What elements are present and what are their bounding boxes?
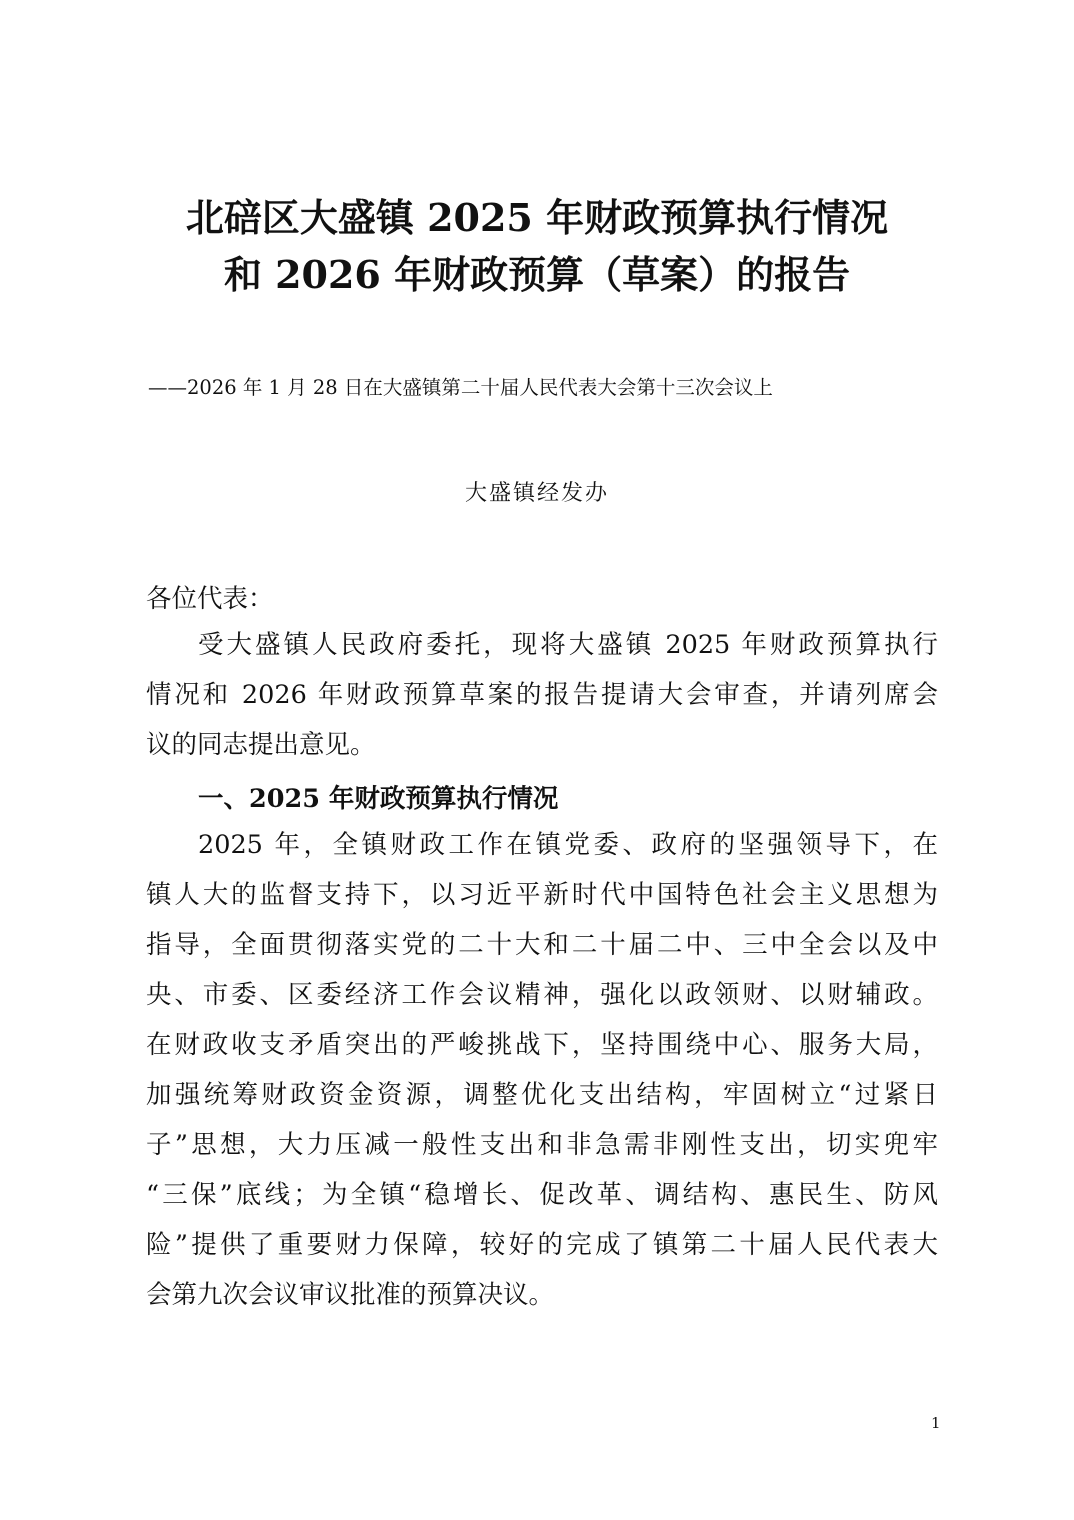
paragraph-line: 加强统筹财政资金资源，调整优化支出结构，牢固树立“过紧日 <box>146 1075 938 1125</box>
salutation: 各位代表： <box>146 577 274 621</box>
issuing-office: 大盛镇经发办 <box>0 477 1074 511</box>
paragraph-line: “三保”底线；为全镇“稳增长、促改革、调结构、惠民生、防风 <box>146 1175 938 1225</box>
document-title-line-1: 北碚区大盛镇 2025 年财政预算执行情况 <box>0 194 1074 242</box>
paragraph-line: 指导，全面贯彻落实党的二十大和二十届二中、三中全会以及中 <box>146 925 938 975</box>
paragraph-line: 会第九次会议审议批准的预算决议。 <box>146 1275 938 1325</box>
paragraph-line: 议的同志提出意见。 <box>146 725 938 775</box>
document-page: 北碚区大盛镇 2025 年财政预算执行情况 和 2026 年财政预算（草案）的报… <box>0 0 1074 1520</box>
paragraph-line: 2025 年，全镇财政工作在镇党委、政府的坚强领导下，在 <box>146 825 938 875</box>
paragraph-line: 情况和 2026 年财政预算草案的报告提请大会审查，并请列席会 <box>146 675 938 725</box>
paragraph-line: 受大盛镇人民政府委托，现将大盛镇 2025 年财政预算执行 <box>146 625 938 675</box>
paragraph-line: 镇人大的监督支持下，以习近平新时代中国特色社会主义思想为 <box>146 875 938 925</box>
page-number: 1 <box>931 1413 941 1433</box>
paragraph-line: 险”提供了重要财力保障，较好的完成了镇第二十届人民代表大 <box>146 1225 938 1275</box>
paragraph-line: 在财政收支矛盾突出的严峻挑战下，坚持围绕中心、服务大局， <box>146 1025 938 1075</box>
paragraph-line: 央、市委、区委经济工作会议精神，强化以政领财、以财辅政。 <box>146 975 938 1025</box>
body-paragraph: 2025 年，全镇财政工作在镇党委、政府的坚强领导下，在 镇人大的监督支持下，以… <box>146 825 938 1325</box>
intro-paragraph: 受大盛镇人民政府委托，现将大盛镇 2025 年财政预算执行 情况和 2026 年… <box>146 625 938 775</box>
paragraph-line: 子”思想，大力压减一般性支出和非急需非刚性支出，切实兜牢 <box>146 1125 938 1175</box>
section-heading: 一、2025 年财政预算执行情况 <box>198 777 558 821</box>
document-title-line-2: 和 2026 年财政预算（草案）的报告 <box>0 251 1074 299</box>
document-subtitle: ——2026 年 1 月 28 日在大盛镇第二十届人民代表大会第十三次会议上 <box>148 374 773 402</box>
